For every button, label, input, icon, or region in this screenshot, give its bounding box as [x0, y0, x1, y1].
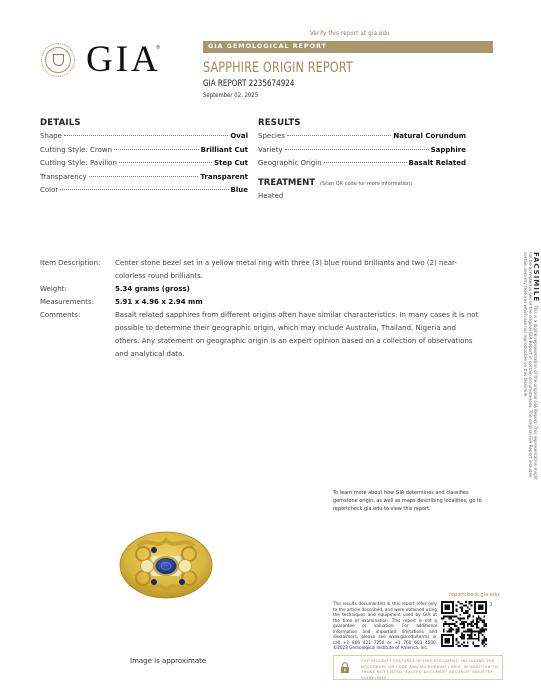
details-label: Transparency: [40, 173, 87, 181]
details-row: Cutting Style: PavilionStep Cut: [40, 159, 248, 173]
results-row: Geographic OriginBasalt Related: [258, 159, 466, 173]
security-text: THE SECURITY FEATURES IN THIS DOCUMENT, …: [361, 659, 499, 681]
measurements-row: Measurements: 5.91 x 4.96 x 2.94 mm: [40, 296, 480, 309]
results-value: Basalt Related: [409, 159, 467, 167]
details-label: Shape: [40, 132, 62, 140]
details-value: Blue: [231, 186, 248, 194]
details-section: DETAILS ShapeOvalCutting Style: CrownBri…: [40, 118, 248, 200]
item-info: Item Description: Center stone bezel set…: [40, 257, 480, 361]
results-value: Natural Corundum: [393, 132, 466, 140]
facsimile-title: FACSIMILE: [532, 252, 540, 302]
details-value: Transparent: [200, 173, 248, 181]
leader-dots: [324, 162, 407, 163]
leader-dots: [285, 149, 429, 150]
results-title: RESULTS: [258, 118, 466, 132]
details-row: ShapeOval: [40, 132, 248, 146]
treatment-title: TREATMENT: [258, 178, 315, 188]
details-label: Cutting Style: Crown: [40, 146, 112, 154]
facsimile-note: FACSIMILEThis is a digital representatio…: [498, 252, 538, 482]
reportcheck-link[interactable]: reportcheck.gia.edu: [449, 592, 499, 598]
leader-dots: [64, 135, 228, 136]
comments-row: Comments: Basalt related sapphires from …: [40, 309, 480, 361]
ring-image: [118, 528, 214, 600]
item-description-label: Item Description:: [40, 257, 115, 283]
details-label: Cutting Style: Pavilion: [40, 159, 117, 167]
results-row: SpeciesNatural Corundum: [258, 132, 466, 146]
details-title: DETAILS: [40, 118, 248, 132]
treatment-value: Heated: [258, 192, 283, 200]
security-notice: THE SECURITY FEATURES IN THIS DOCUMENT, …: [333, 655, 503, 680]
details-row: ColorBlue: [40, 186, 248, 200]
details-row: Cutting Style: CrownBrilliant Cut: [40, 146, 248, 160]
learn-more-text: To learn more about how GIA determines a…: [333, 489, 495, 513]
leader-dots: [119, 162, 212, 163]
image-caption: Image is approximate: [130, 657, 206, 665]
details-value: Brilliant Cut: [201, 146, 248, 154]
comments-label: Comments:: [40, 309, 115, 361]
results-section: RESULTS SpeciesNatural CorundumVarietySa…: [258, 118, 466, 173]
item-description-value: Center stone bezel set in a yellow metal…: [115, 257, 480, 283]
details-rows: ShapeOvalCutting Style: CrownBrilliant C…: [40, 132, 248, 200]
registered-mark: ®: [156, 45, 161, 51]
lock-icon: [340, 662, 350, 673]
results-label: Geographic Origin: [258, 159, 322, 167]
measurements-value: 5.91 x 4.96 x 2.94 mm: [115, 296, 480, 309]
details-label: Color: [40, 186, 58, 194]
report-date: September 02, 2025: [203, 92, 258, 99]
results-label: Variety: [258, 146, 283, 154]
verify-link[interactable]: Verify this report at gia.edu: [310, 30, 390, 37]
comments-value: Basalt related sapphires from different …: [115, 309, 480, 361]
qr-number: 2: [490, 602, 492, 607]
treatment-note: (Scan QR code for more information): [320, 181, 412, 187]
leader-dots: [114, 149, 199, 150]
details-value: Step Cut: [214, 159, 248, 167]
report-title: SAPPHIRE ORIGIN REPORT: [203, 60, 353, 76]
report-type-band: GIA GEMOLOGICAL REPORT: [203, 41, 493, 53]
weight-value: 5.34 grams (gross): [115, 283, 480, 296]
leader-dots: [89, 176, 199, 177]
leader-dots: [287, 135, 391, 136]
treatment-heading: TREATMENT (Scan QR code for more informa…: [258, 178, 412, 188]
results-rows: SpeciesNatural CorundumVarietySapphireGe…: [258, 132, 466, 173]
report-number: GIA REPORT 2235674924: [203, 79, 294, 89]
details-value: Oval: [230, 132, 248, 140]
measurements-label: Measurements:: [40, 296, 115, 309]
leader-dots: [60, 189, 228, 190]
weight-row: Weight: 5.34 grams (gross): [40, 283, 480, 296]
disclaimer-text: The results documented in this report re…: [333, 601, 437, 651]
results-label: Species: [258, 132, 285, 140]
details-row: TransparencyTransparent: [40, 173, 248, 187]
gia-seal-icon: [41, 43, 75, 77]
item-description-row: Item Description: Center stone bezel set…: [40, 257, 480, 283]
results-value: Sapphire: [431, 146, 466, 154]
results-row: VarietySapphire: [258, 146, 466, 160]
gia-logo: GIA: [86, 38, 161, 82]
qr-code[interactable]: [441, 601, 487, 647]
report-type-label: GIA GEMOLOGICAL REPORT: [208, 42, 327, 50]
weight-label: Weight:: [40, 283, 115, 296]
